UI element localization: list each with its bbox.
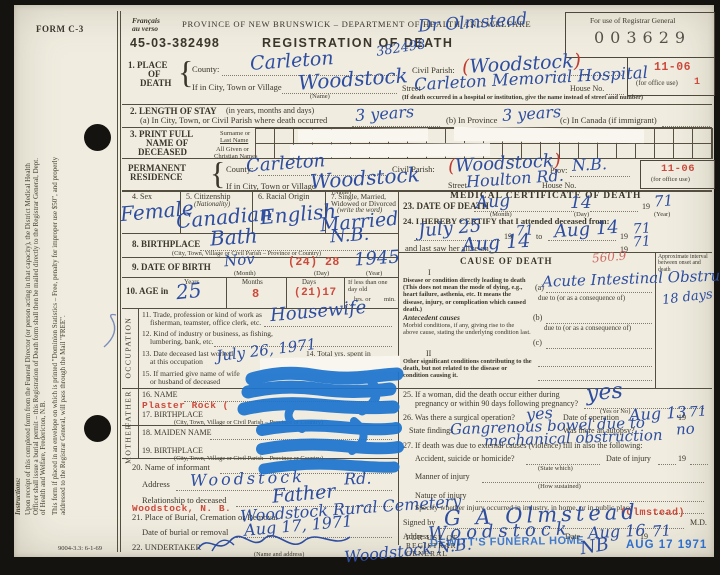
dotted-line bbox=[474, 210, 574, 212]
s10-days-caption: Days bbox=[302, 279, 316, 287]
s22-caption: (Name and address) bbox=[254, 551, 304, 558]
row-divider bbox=[398, 388, 712, 389]
form-code: FORM C-3 bbox=[36, 24, 84, 34]
margin-instructions-title: Instructions: bbox=[15, 155, 23, 515]
s2-b-value: 3 years bbox=[501, 102, 561, 125]
s13-label-2: at this occupation bbox=[150, 358, 203, 366]
dotted-line bbox=[546, 347, 652, 349]
cause-a-value: Acute Intestinal Obstruction bbox=[542, 265, 720, 291]
s9-year-value: 1945 bbox=[353, 246, 400, 270]
s24-to-label: to bbox=[536, 233, 542, 242]
date-received-stamp: AUG 17 1971 bbox=[626, 539, 707, 551]
cell-divider bbox=[138, 388, 139, 425]
s18-label: 18. MAIDEN NAME bbox=[142, 429, 212, 438]
sign-year-value: 71 bbox=[651, 521, 671, 540]
cause-c-label: (c) bbox=[533, 339, 542, 348]
s27-19: 19 bbox=[678, 455, 686, 464]
s11-label-2: fisherman, teamster, office clerk, etc. bbox=[150, 319, 261, 327]
s15-label-2: or husband of deceased bbox=[150, 378, 220, 386]
hole-punch-top bbox=[84, 124, 111, 151]
registrar-box-label: For use of Registrar General bbox=[590, 17, 675, 25]
occupation-vertical-label: OCCUPATION bbox=[124, 319, 133, 379]
s2-a-label: (a) In City, Town, or Civil Parish where… bbox=[140, 116, 327, 126]
s10-months-value: 8 bbox=[252, 287, 260, 301]
s11-value: Housewife bbox=[269, 297, 367, 326]
cause-title: CAUSE OF DEATH bbox=[460, 256, 553, 266]
s1-house-label: House No. bbox=[570, 85, 604, 94]
hw-doctor-name: Dr Olmstead bbox=[417, 9, 527, 37]
s25-value: yes bbox=[585, 378, 624, 406]
dotted-line bbox=[264, 325, 392, 327]
s27-state-caption: (State which) bbox=[538, 465, 573, 472]
s2-c-label: (c) In Canada (if immigrant) bbox=[560, 116, 657, 126]
s27-question: 27. If death was due to external causes … bbox=[403, 442, 642, 451]
s10-min-label: min. bbox=[384, 296, 396, 303]
antecedent-body: Morbid conditions, if any, giving rise t… bbox=[403, 322, 531, 336]
s23-day-value: 14 bbox=[570, 193, 592, 213]
whiteout-patch bbox=[298, 128, 428, 142]
registrar-general-box: For use of Registrar General 003629 bbox=[565, 12, 715, 58]
cause-b-label: (b) bbox=[533, 314, 542, 323]
s9-month-value: Nov bbox=[223, 250, 255, 271]
s22-label: 22. UNDERTAKER bbox=[132, 543, 201, 553]
s12-label-2: lumbering, bank, etc. bbox=[150, 338, 214, 346]
s1-name-caption: (Name) bbox=[310, 93, 330, 100]
s27-how-caption: (How sustained) bbox=[538, 483, 581, 490]
registrar-number: 003629 bbox=[594, 29, 691, 47]
s23-19: 19 bbox=[642, 203, 650, 212]
s10-months-caption: Months bbox=[242, 279, 263, 287]
s1-hospital-caption: (If death occurred in a hospital or inst… bbox=[402, 94, 670, 101]
s27-accident-label: Accident, suicide or homicide? bbox=[415, 455, 515, 464]
residence-label-2: RESIDENCE bbox=[130, 172, 183, 182]
dotted-line bbox=[570, 175, 630, 177]
s16-label: 16. NAME bbox=[142, 391, 178, 400]
dotted-line bbox=[658, 463, 676, 465]
residence-brace: { bbox=[210, 156, 225, 192]
dotted-line bbox=[546, 291, 652, 293]
sign-flourish: NB bbox=[578, 534, 610, 560]
section-divider bbox=[122, 104, 712, 105]
cause-a-interval: 18 days bbox=[661, 287, 713, 308]
s26-year-value: 71 bbox=[688, 403, 707, 420]
office-use-box-mid: 11-06 (for office use) bbox=[640, 160, 715, 189]
cause-due1-label: due to (or as a consequence of) bbox=[538, 295, 625, 303]
margin-instructions: Instructions: Upon receipt of this compl… bbox=[15, 155, 105, 515]
s24-19b: 19 bbox=[620, 233, 628, 242]
office-note-mid: (for office use) bbox=[651, 176, 690, 183]
office-code-top: 11-06 bbox=[654, 61, 691, 74]
s8-label: 8. BIRTHPLACE bbox=[132, 239, 200, 249]
margin-rule-outer bbox=[117, 11, 118, 552]
s27-nature-label: Nature of injury bbox=[415, 492, 467, 501]
scanned-death-registration-page: Instructions: Upon receipt of this compl… bbox=[14, 5, 714, 557]
form-print-code: 9004-3.3: 6-1-69 bbox=[58, 545, 102, 552]
s1-city-label: If in City, Town or Village bbox=[192, 83, 282, 93]
cell-divider bbox=[138, 308, 139, 388]
s1-label-3: DEATH bbox=[140, 78, 171, 88]
residence-prov-value: N.B. bbox=[572, 154, 608, 175]
office-value-top: 1 bbox=[694, 77, 701, 88]
dotted-line bbox=[548, 239, 616, 241]
s10-years-value: 25 bbox=[175, 278, 203, 305]
whiteout-patch bbox=[454, 127, 644, 143]
s20-address-label: Address bbox=[142, 480, 170, 490]
redaction-scribble bbox=[234, 363, 404, 485]
s27-date-injury-label: Date of injury bbox=[606, 455, 651, 464]
dotted-line bbox=[590, 210, 638, 212]
s23-year-caption: (Year) bbox=[654, 211, 670, 218]
cause-code: 560.9 bbox=[591, 249, 626, 266]
dotted-line bbox=[690, 463, 708, 465]
s8-prov-value: N.B. bbox=[329, 224, 370, 248]
s9-label: 9. DATE OF BIRTH bbox=[132, 262, 211, 272]
dotted-line bbox=[482, 481, 704, 483]
row-divider bbox=[398, 252, 712, 253]
s25-question-2: pregnancy or within 90 days following pr… bbox=[415, 400, 578, 409]
margin-instructions-para1: Upon receipt of this completed form from… bbox=[25, 155, 48, 515]
cause-due2-label: due to (or as a consequence of) bbox=[544, 325, 631, 333]
s10-less-caption: If less than one day old bbox=[348, 279, 396, 294]
s27-manner-label: Manner of injury bbox=[415, 473, 470, 482]
s26-findings-label: State findings bbox=[409, 427, 453, 436]
s26-autopsy-value: no bbox=[675, 419, 695, 438]
francais-line2: au verso bbox=[132, 25, 158, 33]
cause-disease-caption: Disease or condition directly leading to… bbox=[403, 277, 531, 313]
s24-last-year: 71 bbox=[632, 233, 651, 250]
s23-year-value: 71 bbox=[653, 191, 673, 210]
cell-divider bbox=[138, 425, 139, 458]
s8-value: Bath bbox=[209, 223, 258, 250]
s10-days-value: (21)17 bbox=[294, 287, 337, 299]
row-divider bbox=[122, 277, 398, 278]
margin-rule-inner bbox=[120, 11, 121, 552]
s9-day-value: (24) 28 bbox=[288, 256, 340, 269]
s1-county-label: County: bbox=[192, 65, 219, 75]
s10-label: 10. AGE in bbox=[126, 286, 168, 296]
s3-surname-cap2: Last Name bbox=[220, 137, 248, 144]
md-label: M.D. bbox=[690, 519, 707, 528]
s2-a-value: 3 years bbox=[354, 102, 414, 125]
office-code-mid: 11-06 bbox=[661, 163, 695, 175]
dotted-line bbox=[538, 365, 652, 367]
s3-label-3: DECEASED bbox=[138, 147, 187, 157]
cell-divider bbox=[226, 277, 227, 308]
other-conditions-caption: Other significant conditions contributin… bbox=[403, 358, 533, 380]
serial-number: 45-03-382498 bbox=[130, 36, 220, 50]
margin-instructions-para2: This form if placed in an envelope on wh… bbox=[52, 155, 68, 515]
registrar-use-3: GENERAL bbox=[406, 550, 448, 558]
s2-b-label: (b) In Province bbox=[446, 116, 497, 126]
